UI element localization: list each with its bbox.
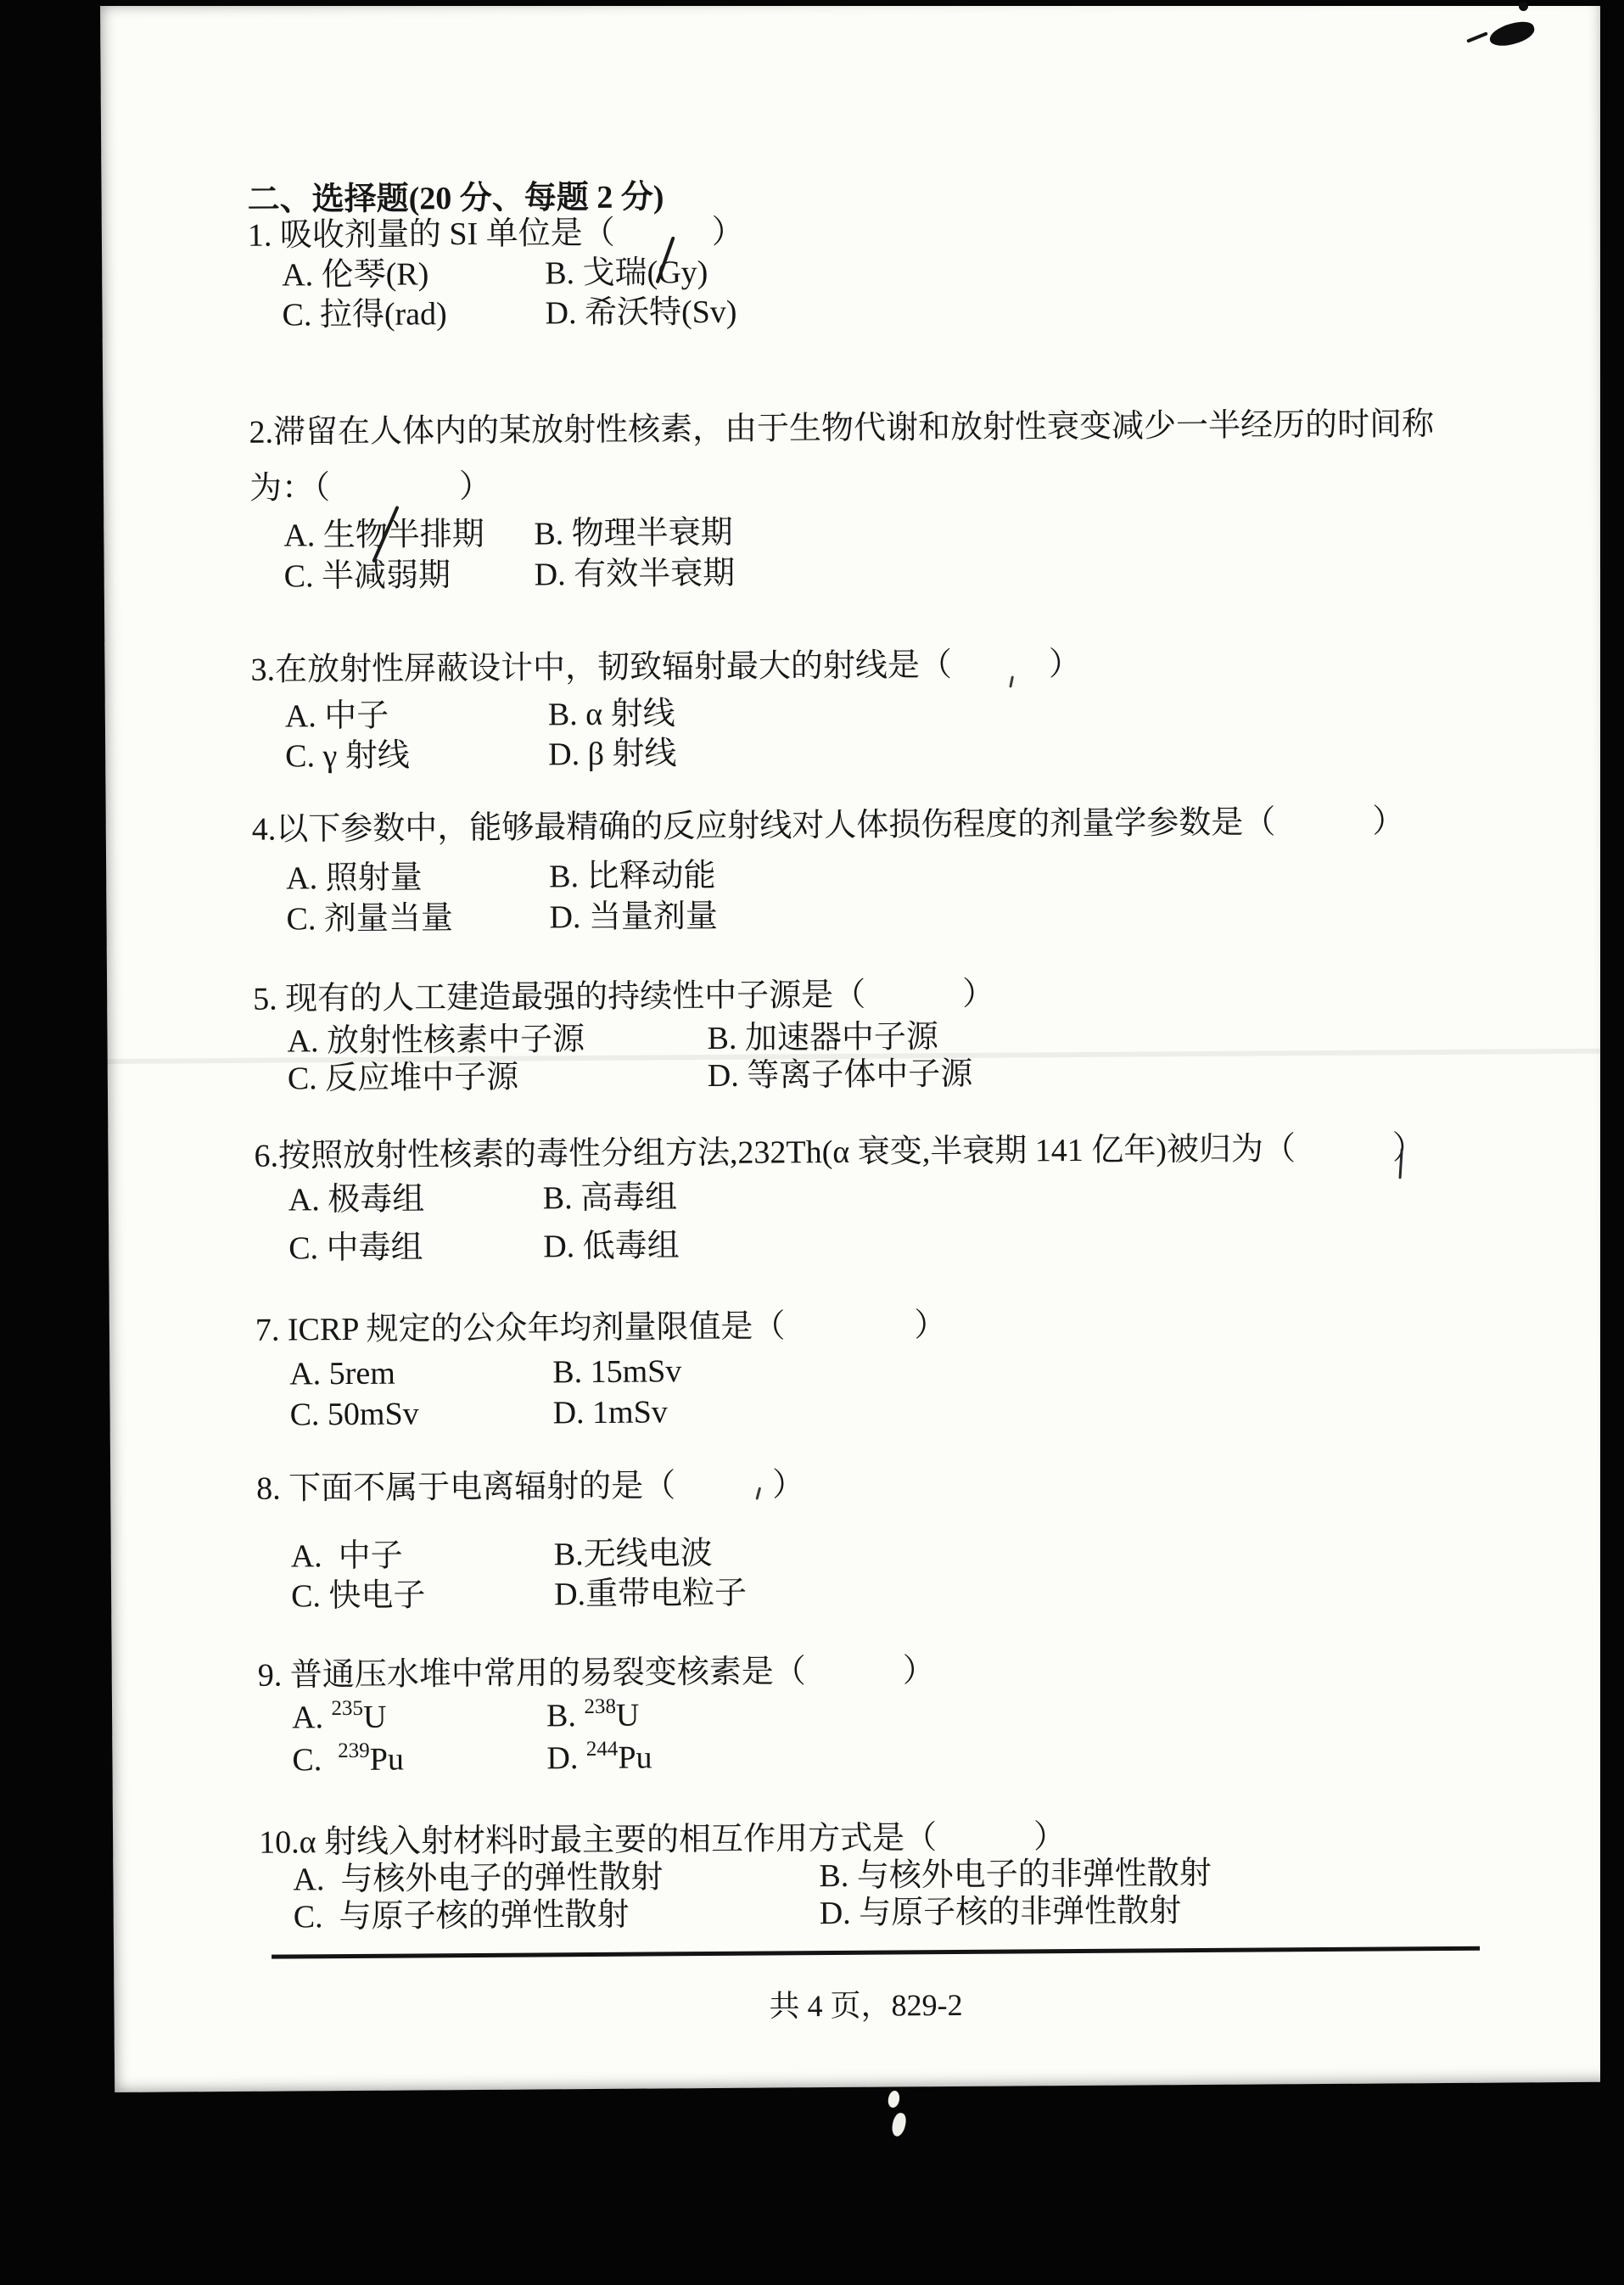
question-2-options-row-2: C. 半减弱期D. 有效半衰期 [284, 556, 736, 596]
question-4-options-row-1: A. 照射量B. 比释动能 [286, 858, 716, 898]
element-symbol: Pu [618, 1740, 652, 1776]
mass-number-superscript: 244 [586, 1738, 619, 1762]
question-1-options-row-1: A. 伦琴(R)B. 戈瑞(Gy) [282, 255, 708, 294]
question-7-options-row-2: C. 50mSvD. 1mSv [289, 1394, 667, 1434]
question-10-options-row-2: C. 与原子核的弹性散射D. 与原子核的非弹性散射 [294, 1893, 1182, 1936]
question-10-option-d: D. 与原子核的非弹性散射 [820, 1893, 1182, 1933]
question-8-option-d: D.重带电粒子 [554, 1576, 747, 1614]
question-10-option-c: C. 与原子核的弹性散射 [294, 1896, 820, 1936]
question-7-option-d: D. 1mSv [552, 1394, 667, 1432]
question-7-option-c: C. 50mSv [289, 1395, 552, 1434]
question-4-stem-line-1: 4.以下参数中，能够最精确的反应射线对人体损伤程度的剂量学参数是（ ） [252, 804, 1405, 848]
question-9-option-c: C. 239Pu [292, 1740, 546, 1779]
element-symbol: U [616, 1698, 640, 1733]
exam-page: 二、选择题(20 分、每题 2 分) 1. 吸收剂量的 SI 单位是（ ）A. … [100, 0, 1618, 2092]
question-9-stem-line-1: 9. 普通压水堆中常用的易裂变核素是（ ） [258, 1653, 935, 1694]
scanner-edge-right [1600, 0, 1624, 2285]
scanner-edge-top [0, 0, 1624, 6]
footer-rule [272, 1946, 1480, 1959]
question-6-option-d: D. 低毒组 [543, 1228, 680, 1266]
question-8-options-row-1: A. 中子B.无线电波 [291, 1536, 713, 1576]
question-6-stem-line-1: 6.按照放射性核素的毒性分组方法,232Th(α 衰变,半衰期 141 亿年)被… [254, 1130, 1425, 1175]
element-symbol: U [363, 1700, 387, 1735]
question-1-option-b: B. 戈瑞(Gy) [545, 255, 708, 293]
question-3-option-a: A. 中子 [285, 697, 548, 736]
question-6-options-row-1: A. 极毒组B. 高毒组 [288, 1179, 678, 1219]
question-6-options-row-2: C. 中毒组D. 低毒组 [288, 1228, 680, 1268]
option-label: D. [546, 1740, 586, 1776]
paper-speck [887, 2090, 901, 2109]
question-9-options-row-2: C. 239PuD. 244Pu [292, 1740, 652, 1780]
question-8-option-b: B.无线电波 [554, 1536, 713, 1574]
question-8-options-row-2: C. 快电子D.重带电粒子 [291, 1576, 747, 1616]
question-9-option-a: A. 235U [292, 1698, 546, 1737]
page-footer: 共 4 页，829-2 [114, 1977, 1617, 2030]
question-6-option-c: C. 中毒组 [288, 1229, 543, 1268]
question-1-options-row-2: C. 拉得(rad)D. 希沃特(Sv) [282, 294, 736, 334]
question-7-option-a: A. 5rem [289, 1354, 552, 1393]
question-7-stem-line-1: 7. ICRP 规定的公众年均剂量限值是（ ） [255, 1308, 947, 1349]
question-4-option-b: B. 比释动能 [549, 858, 716, 896]
question-4-option-d: D. 当量剂量 [549, 899, 718, 937]
section-title: 二、选择题(20 分、每题 2 分) [247, 170, 664, 219]
question-5-stem-line-1: 5. 现有的人工建造最强的持续性中子源是（ ） [253, 977, 994, 1019]
question-2-options-row-1: A. 生物半排期B. 物理半衰期 [283, 515, 733, 555]
question-2-stem-line-2: 为：（ ） [249, 469, 491, 508]
question-2-option-c: C. 半减弱期 [284, 557, 535, 596]
question-5-options-row-2: C. 反应堆中子源D. 等离子体中子源 [288, 1056, 973, 1098]
question-4-option-c: C. 剂量当量 [286, 899, 549, 938]
question-8-option-c: C. 快电子 [291, 1577, 554, 1616]
ink-dot [1519, 2, 1528, 11]
question-10-stem-line-1: 10.α 射线入射材料时最主要的相互作用方式是（ ） [259, 1819, 1066, 1862]
paper-speck [891, 2112, 908, 2137]
question-6-option-b: B. 高毒组 [543, 1179, 678, 1218]
option-label: B. [546, 1698, 585, 1733]
option-label: A. [292, 1700, 332, 1735]
question-3-option-b: B. α 射线 [548, 696, 675, 734]
question-3-options-row-1: A. 中子B. α 射线 [285, 696, 675, 736]
question-1-option-a: A. 伦琴(R) [282, 255, 545, 294]
element-symbol: Pu [370, 1742, 404, 1778]
option-label: C. [292, 1742, 338, 1778]
question-2-option-b: B. 物理半衰期 [534, 515, 733, 553]
question-9-option-b: B. 238U [546, 1698, 640, 1735]
question-7-option-b: B. 15mSv [552, 1353, 681, 1392]
question-8-stem-line-1: 8. 下面不属于电离辐射的是（ ） [256, 1467, 804, 1508]
question-9-options-row-1: A. 235UB. 238U [292, 1698, 640, 1738]
question-7-options-row-1: A. 5remB. 15mSv [289, 1353, 681, 1393]
question-5-option-b: B. 加速器中子源 [707, 1019, 938, 1058]
question-10-option-b: B. 与核外电子的非弹性散射 [819, 1856, 1212, 1896]
question-3-stem-line-1: 3.在放射性屏蔽设计中，韧致辐射最大的射线是（ ） [250, 647, 1081, 690]
question-2-stem-line-1: 2.滞留在人体内的某放射性核素，由于生物代谢和放射性衰变减少一半经历的时间称 [249, 406, 1434, 451]
question-3-option-c: C. γ 射线 [285, 736, 548, 776]
question-3-option-d: D. β 射线 [548, 736, 677, 774]
question-5-option-c: C. 反应堆中子源 [288, 1058, 708, 1098]
page-content: 二、选择题(20 分、每题 2 分) 1. 吸收剂量的 SI 单位是（ ）A. … [100, 0, 1618, 2092]
question-4-options-row-2: C. 剂量当量D. 当量剂量 [286, 899, 718, 938]
question-10-options-row-1: A. 与核外电子的弹性散射B. 与核外电子的非弹性散射 [293, 1856, 1212, 1899]
mass-number-superscript: 235 [331, 1697, 363, 1722]
question-3-options-row-2: C. γ 射线D. β 射线 [285, 736, 677, 776]
question-10-option-a: A. 与核外电子的弹性散射 [293, 1858, 819, 1899]
question-2-option-a: A. 生物半排期 [283, 516, 534, 555]
question-5-option-d: D. 等离子体中子源 [708, 1056, 973, 1095]
mass-number-superscript: 238 [584, 1695, 616, 1720]
question-6-option-a: A. 极毒组 [288, 1180, 543, 1219]
mass-number-superscript: 239 [338, 1739, 370, 1764]
question-2-option-d: D. 有效半衰期 [535, 556, 736, 594]
question-1-option-c: C. 拉得(rad) [282, 295, 545, 334]
question-8-option-a: A. 中子 [291, 1537, 554, 1576]
question-9-option-d: D. 244Pu [546, 1740, 652, 1778]
question-1-option-d: D. 希沃特(Sv) [545, 294, 736, 333]
question-4-option-a: A. 照射量 [286, 859, 549, 898]
